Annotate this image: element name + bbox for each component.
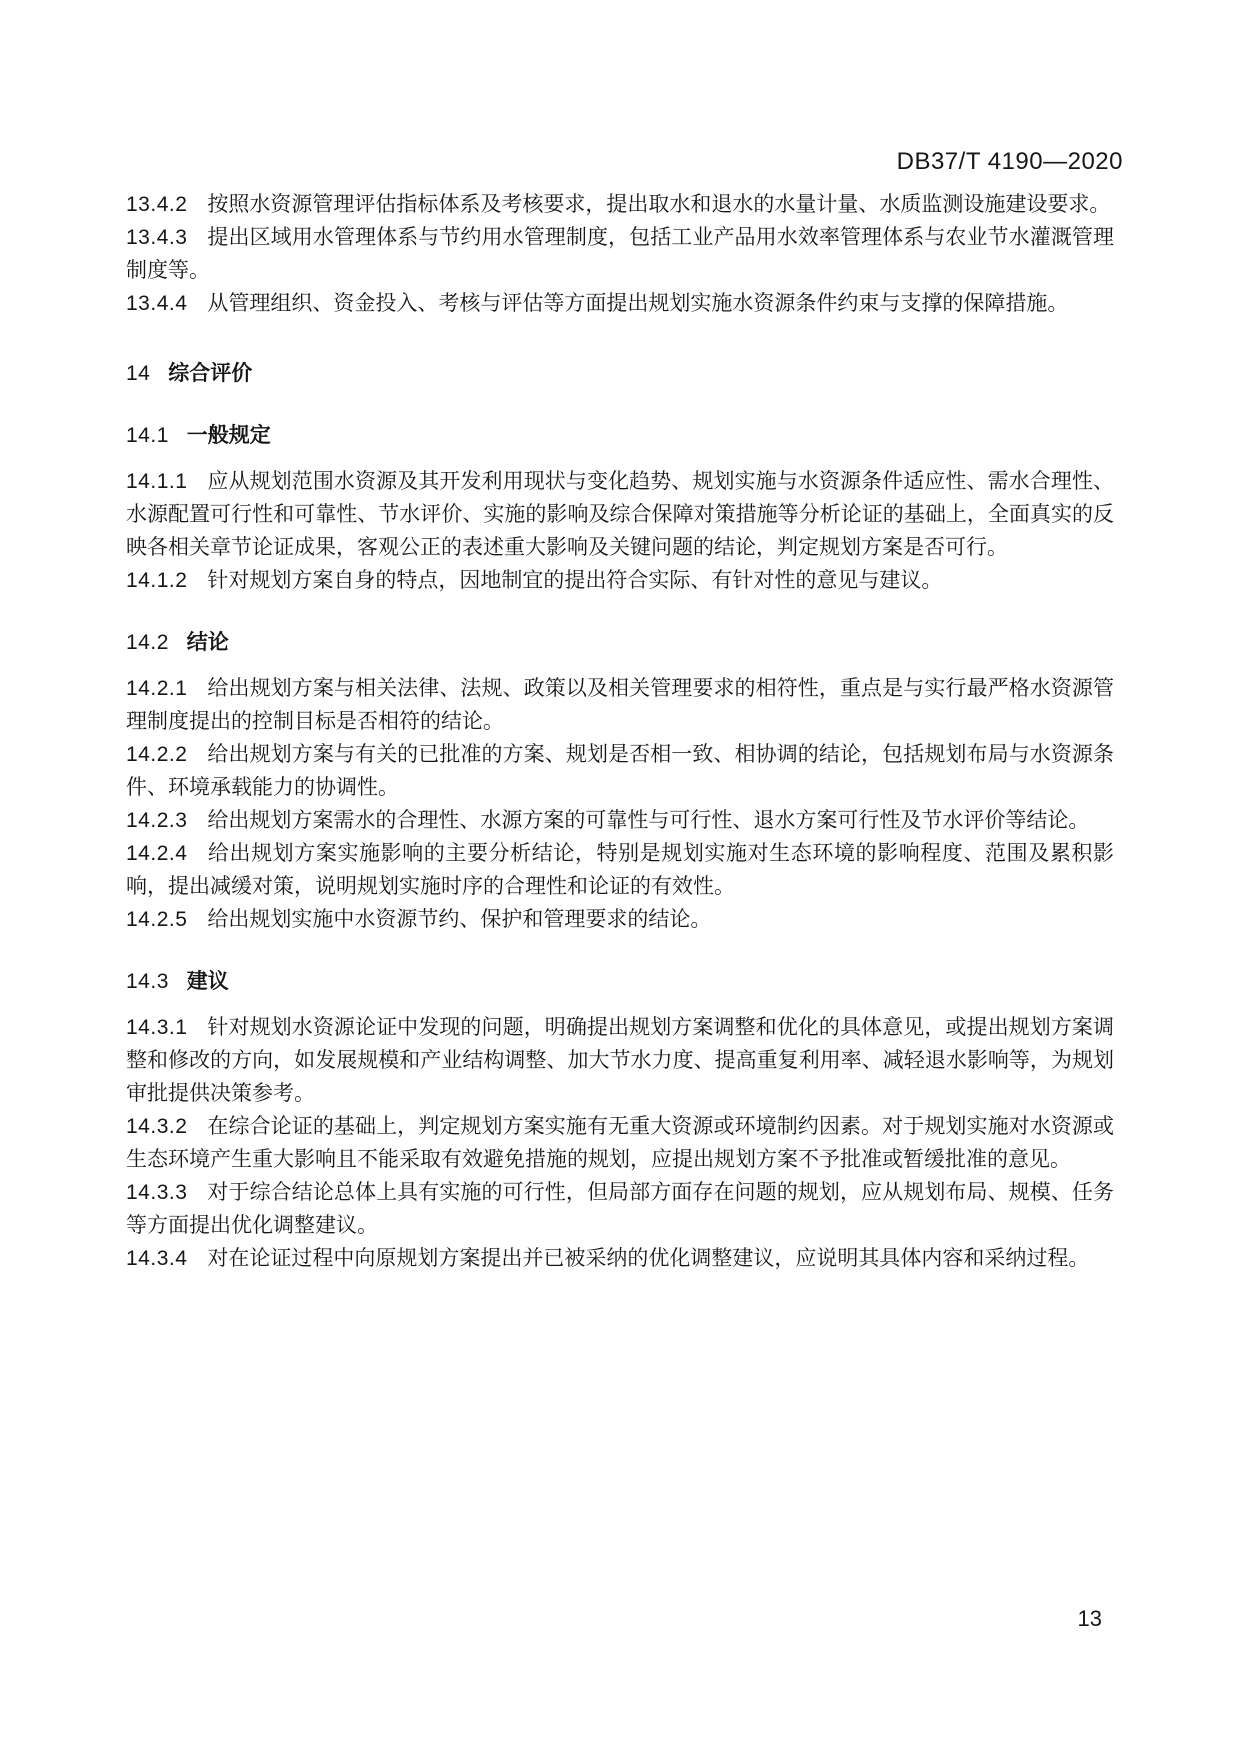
clause-text: 给出规划实施中水资源节约、保护和管理要求的结论。 — [207, 908, 711, 931]
clause-14.1.2: 14.1.2针对规划方案自身的特点，因地制宜的提出符合实际、有针对性的意见与建议… — [126, 564, 1114, 597]
clause-number: 14.3.1 — [126, 1016, 187, 1039]
clause-number: 14.3.4 — [126, 1247, 187, 1270]
clause-number: 14.1.1 — [126, 470, 187, 493]
clause-number: 13.4.3 — [126, 226, 187, 249]
heading-number: 14.2 — [126, 631, 169, 654]
heading-number: 14.3 — [126, 970, 169, 993]
section-heading-14: 14综合评价 — [126, 357, 1114, 390]
page-footer: 13 — [1078, 1606, 1102, 1632]
clause-14.3.1: 14.3.1针对规划水资源论证中发现的问题，明确提出规划方案调整和优化的具体意见… — [126, 1011, 1114, 1110]
clause-number: 14.3.2 — [126, 1115, 187, 1138]
page-header: DB37/T 4190—2020 — [897, 148, 1123, 176]
clause-text: 针对规划水资源论证中发现的问题，明确提出规划方案调整和优化的具体意见，或提出规划… — [126, 1016, 1114, 1105]
clause-text: 在综合论证的基础上，判定规划方案实施有无重大资源或环境制约因素。对于规划实施对水… — [126, 1115, 1114, 1171]
heading-number: 14 — [126, 362, 150, 385]
clause-14.2.3: 14.2.3给出规划方案需水的合理性、水源方案的可靠性与可行性、退水方案可行性及… — [126, 804, 1114, 837]
clause-number: 13.4.2 — [126, 193, 187, 216]
clause-14.2.1: 14.2.1给出规划方案与相关法律、法规、政策以及相关管理要求的相符性，重点是与… — [126, 672, 1114, 738]
clause-13.4.3: 13.4.3提出区域用水管理体系与节约用水管理制度，包括工业产品用水效率管理体系… — [126, 221, 1114, 287]
clause-13.4.2: 13.4.2按照水资源管理评估指标体系及考核要求，提出取水和退水的水量计量、水质… — [126, 188, 1114, 221]
clause-text: 对在论证过程中向原规划方案提出并已被采纳的优化调整建议，应说明其具体内容和采纳过… — [207, 1247, 1089, 1270]
document-page: DB37/T 4190—2020 13.4.2按照水资源管理评估指标体系及考核要… — [0, 0, 1241, 1755]
clause-text: 提出区域用水管理体系与节约用水管理制度，包括工业产品用水效率管理体系与农业节水灌… — [126, 226, 1114, 282]
clause-14.2.2: 14.2.2给出规划方案与有关的已批准的方案、规划是否相一致、相协调的结论，包括… — [126, 738, 1114, 804]
page-number: 13 — [1078, 1606, 1102, 1631]
clause-text: 按照水资源管理评估指标体系及考核要求，提出取水和退水的水量计量、水质监测设施建设… — [207, 193, 1110, 216]
clause-text: 给出规划方案与相关法律、法规、政策以及相关管理要求的相符性，重点是与实行最严格水… — [126, 677, 1114, 733]
clause-number: 14.2.4 — [126, 842, 187, 865]
document-content: 13.4.2按照水资源管理评估指标体系及考核要求，提出取水和退水的水量计量、水质… — [126, 188, 1114, 1275]
clause-14.3.3: 14.3.3对于综合结论总体上具有实施的可行性，但局部方面存在问题的规划，应从规… — [126, 1176, 1114, 1242]
clause-14.2.5: 14.2.5给出规划实施中水资源节约、保护和管理要求的结论。 — [126, 903, 1114, 936]
clause-text: 给出规划方案与有关的已批准的方案、规划是否相一致、相协调的结论，包括规划布局与水… — [126, 743, 1114, 799]
heading-text: 一般规定 — [187, 424, 271, 447]
clause-text: 针对规划方案自身的特点，因地制宜的提出符合实际、有针对性的意见与建议。 — [207, 569, 942, 592]
clause-text: 对于综合结论总体上具有实施的可行性，但局部方面存在问题的规划，应从规划布局、规模… — [126, 1181, 1114, 1237]
heading-text: 建议 — [187, 970, 229, 993]
standard-code: DB37/T 4190—2020 — [897, 148, 1123, 175]
clause-number: 14.1.2 — [126, 569, 187, 592]
section-heading-14.3: 14.3建议 — [126, 965, 1114, 998]
clause-text: 从管理组织、资金投入、考核与评估等方面提出规划实施水资源条件约束与支撑的保障措施… — [207, 292, 1068, 315]
clause-number: 14.3.3 — [126, 1181, 187, 1204]
heading-text: 结论 — [187, 631, 229, 654]
clause-13.4.4: 13.4.4从管理组织、资金投入、考核与评估等方面提出规划实施水资源条件约束与支… — [126, 287, 1114, 320]
clause-14.3.2: 14.3.2在综合论证的基础上，判定规划方案实施有无重大资源或环境制约因素。对于… — [126, 1110, 1114, 1176]
clause-number: 14.2.5 — [126, 908, 187, 931]
clause-14.1.1: 14.1.1应从规划范围水资源及其开发利用现状与变化趋势、规划实施与水资源条件适… — [126, 465, 1114, 564]
clause-14.2.4: 14.2.4给出规划方案实施影响的主要分析结论，特别是规划实施对生态环境的影响程… — [126, 837, 1114, 903]
clause-text: 给出规划方案需水的合理性、水源方案的可靠性与可行性、退水方案可行性及节水评价等结… — [207, 809, 1089, 832]
heading-number: 14.1 — [126, 424, 169, 447]
clause-14.3.4: 14.3.4对在论证过程中向原规划方案提出并已被采纳的优化调整建议，应说明其具体… — [126, 1242, 1114, 1275]
clause-text: 应从规划范围水资源及其开发利用现状与变化趋势、规划实施与水资源条件适应性、需水合… — [126, 470, 1114, 559]
clause-number: 14.2.1 — [126, 677, 187, 700]
clause-text: 给出规划方案实施影响的主要分析结论，特别是规划实施对生态环境的影响程度、范围及累… — [126, 842, 1114, 898]
clause-number: 13.4.4 — [126, 292, 187, 315]
clause-number: 14.2.3 — [126, 809, 187, 832]
section-heading-14.2: 14.2结论 — [126, 626, 1114, 659]
section-heading-14.1: 14.1一般规定 — [126, 419, 1114, 452]
heading-text: 综合评价 — [168, 362, 252, 385]
clause-number: 14.2.2 — [126, 743, 187, 766]
